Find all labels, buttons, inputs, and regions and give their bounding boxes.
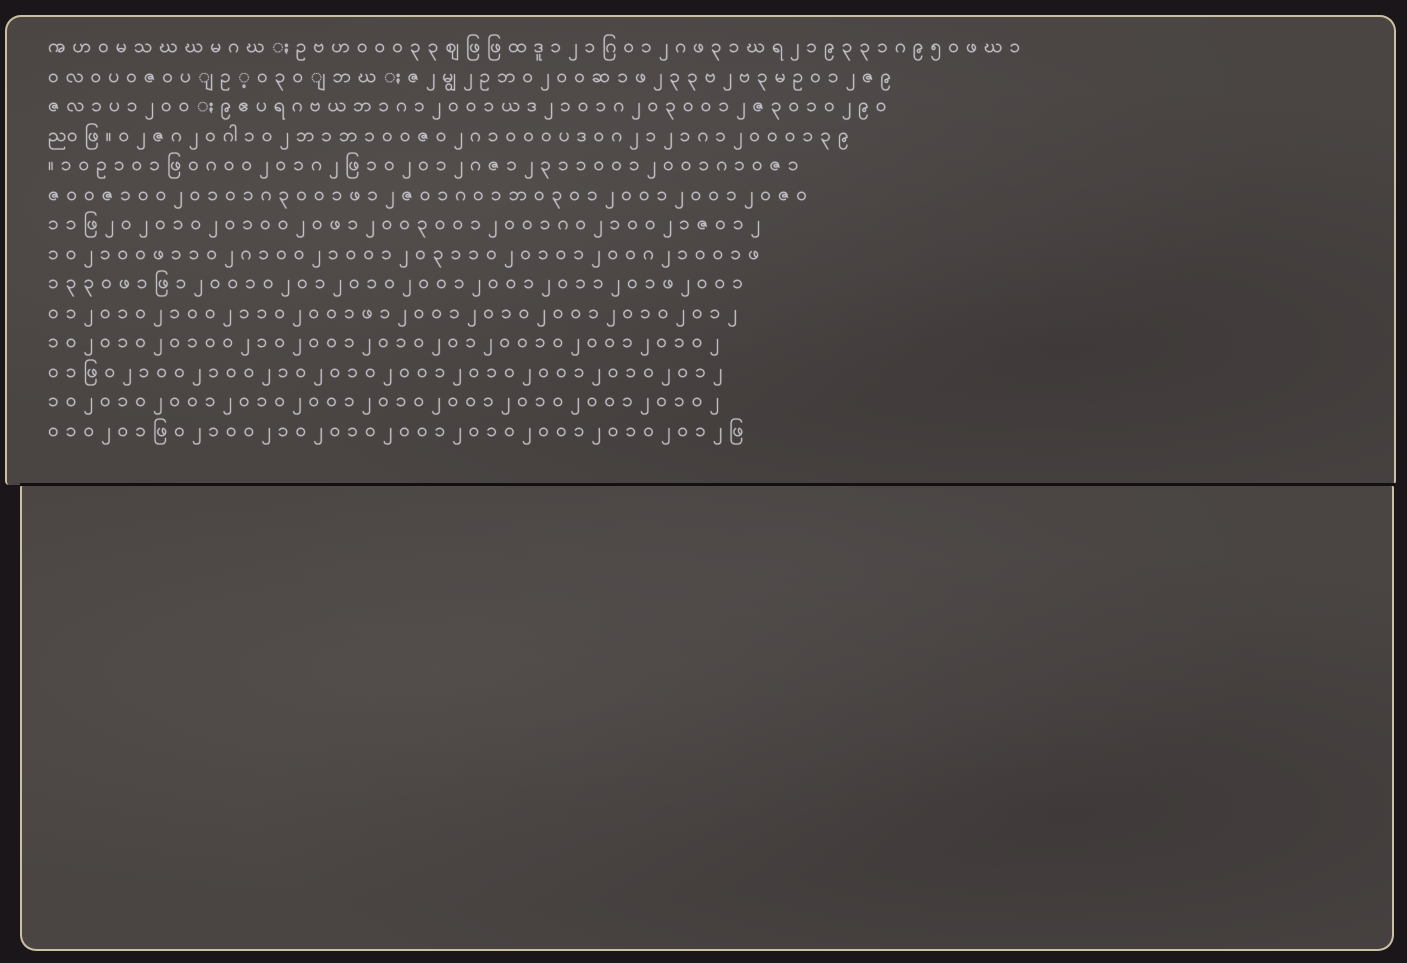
text-line: ၁ ၁ ဖြ ၂ ၀ ၂ ၀ ၁ ၀ ၂ ၀ ၁ ၀ ၀ ၂ ၀ ဖ ၁ ၂ ၀… [48, 209, 1368, 239]
text-line: ဝ လ ဝ ပ ၀ ဇ ဝ ပ ျ ဥ ့ ဝ ၃ ဝ ျ ဘ ဃ ႏ ဇ ၂ … [48, 62, 1368, 92]
manuscript-text-block: ꩠ ဟ ၀ မ သ ဃ ဃ မ ဂ ဃ ႏ ဥ ဗ ဟ ၀ ၀ ၀ ၃ ၃ ဈ … [48, 32, 1368, 445]
text-line: ဇ လ ၁ ပ ၁ ၂ ၀ ၀ ႏ ၉ ဧ ပ ရ ဂ ဗ ယ ဘ ၁ ဂ ၁ … [48, 91, 1368, 121]
text-line: ၁ ၃ ၃ ၀ ဖ ၁ ဖြ ၁ ၂ ၀ ၀ ၁ ၀ ၂ ၀ ၁ ၂ ၀ ၁ ၀… [48, 268, 1368, 298]
text-line: ညဝ ဖြ ။ ၀ ၂ ဇ ဂ ၂ ဝ ဂါ ၁ ဝ ၂ ဘ ၁ ဘ ၁ ၀ ၀… [48, 121, 1368, 151]
text-line: ၀ ၁ ဖြ ၀ ၂ ၁ ၀ ၀ ၂ ၁ ၀ ၀ ၂ ၁ ၀ ၂ ၀ ၁ ၀ ၂… [48, 357, 1368, 387]
text-line: ဇ ဝ ၀ ဇ ၁ ၀ ၀ ၂ ၀ ၁ ၀ ၁ ဂ ၃ ၀ ၀ ၁ ဖ ၁ ၂ … [48, 180, 1368, 210]
text-line: ၀ ၁ ၀ ၂ ၀ ၁ ဖြ ၀ ၂ ၁ ၀ ၀ ၂ ၁ ၀ ၂ ၀ ၁ ၀ ၂… [48, 416, 1368, 446]
text-line: ၁ ၀ ၂ ၀ ၁ ၀ ၂ ၀ ၀ ၁ ၂ ၀ ၁ ၀ ၂ ၀ ၀ ၁ ၂ ၀ … [48, 386, 1368, 416]
manuscript-lower-leaf [20, 484, 1394, 951]
page-fold [20, 483, 1395, 486]
text-line: ꩠ ဟ ၀ မ သ ဃ ဃ မ ဂ ဃ ႏ ဥ ဗ ဟ ၀ ၀ ၀ ၃ ၃ ဈ … [48, 32, 1368, 62]
text-line: ၁ ၀ ၂ ၁ ၀ ၀ ဖ ၁ ၁ ၀ ၂ ဂ ၁ ၀ ၀ ၂ ၁ ၀ ၀ ၁ … [48, 239, 1368, 269]
text-line: ၁ ၀ ၂ ၀ ၁ ၀ ၂ ၀ ၁ ၀ ၀ ၂ ၁ ၀ ၂ ၀ ၀ ၁ ၂ ၀ … [48, 327, 1368, 357]
text-line: ၀ ၁ ၂ ၀ ၁ ၀ ၂ ၁ ၀ ၀ ၂ ၁ ၁ ၀ ၂ ၀ ၀ ၁ ဖ ၁ … [48, 298, 1368, 328]
text-line: ။ ၁ ၀ ဥ ၁ ဝ ၁ ဖြ ၀ ဂ ဝ ၀ ၂ ၀ ၁ ဂ ၂ ဖြ ၁ … [48, 150, 1368, 180]
